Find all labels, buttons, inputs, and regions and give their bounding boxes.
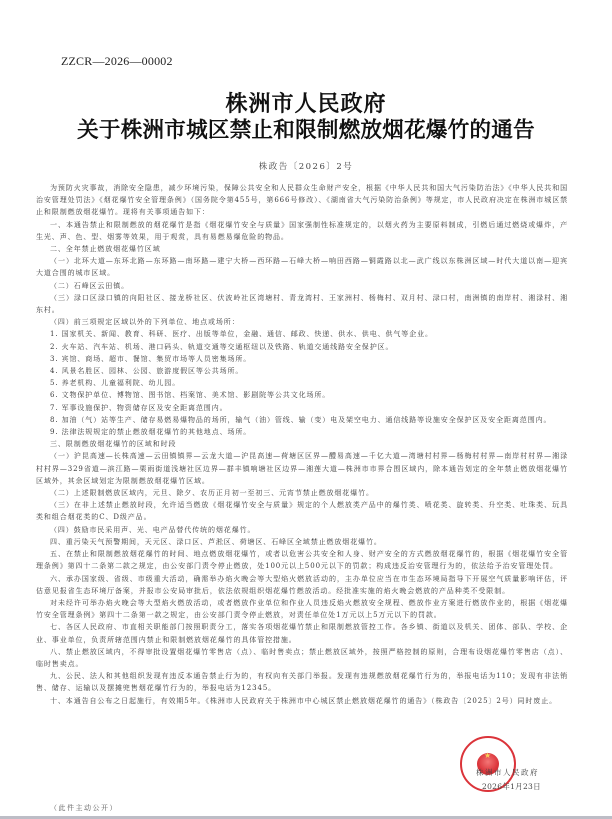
body-paragraph: 7. 军事设施保护、物资储存区及安全距离范围内。 <box>36 402 568 414</box>
title-issuer: 株洲市人民政府 <box>0 90 612 118</box>
issue-number: 株政告〔2026〕2号 <box>0 160 612 172</box>
body-paragraph: 六、承办国家级、省级、市级重大活动，确需举办焰火晚会等大型焰火燃放活动的，主办单… <box>36 573 568 597</box>
body-paragraph: 4. 风景名胜区、园林、公园、旅游度假区等公共场所。 <box>36 365 568 377</box>
body-paragraph: 9. 法律法规规定的禁止燃放烟花爆竹的其他地点、场所。 <box>36 426 568 438</box>
body-paragraph: 十、本通告自公布之日起施行，有效期5年。《株洲市人民政府关于株洲市中心城区禁止燃… <box>36 695 568 707</box>
title-subject: 关于株洲市城区禁止和限制燃放烟花爆竹的通告 <box>0 117 612 145</box>
body-paragraph: 一、本通告禁止和限制燃放的烟花爆竹是指《烟花爆竹安全与质量》国家强制性标准规定的… <box>36 219 568 243</box>
body-paragraph: 九、公民、法人和其他组织发现有违反本通告禁止行为的，有权向有关部门举报。发现有违… <box>36 670 568 694</box>
body-paragraph: 五、在禁止和限制燃放烟花爆竹的时间、地点燃放烟花爆竹，或者以危害公共安全和人身、… <box>36 548 568 572</box>
body-paragraph: （二）石峰区云田镇。 <box>36 280 568 292</box>
document-page: ZZCR—2026—00002 株洲市人民政府 关于株洲市城区禁止和限制燃放烟花… <box>0 0 612 819</box>
body-paragraph: 8. 加油（气）站等生产、储存易燃易爆物品的场所，输气（油）管线、输（变）电及架… <box>36 414 568 426</box>
body-paragraph: 3. 宾馆、商场、超市、餐馆、集贸市场等人员密集场所。 <box>36 353 568 365</box>
body-paragraph: （二）上述限制燃放区域内，元旦、除夕、农历正月初一至初三、元宵节禁止燃放烟花爆竹… <box>36 487 568 499</box>
body-paragraph: 八、禁止燃放区域内，不得审批设置烟花爆竹零售店（点）、临时售卖点；禁止燃放区域外… <box>36 646 568 670</box>
body-paragraph: 5. 养老机构、儿童福利院、幼儿园。 <box>36 377 568 389</box>
body-paragraph: 三、限制燃放烟花爆竹的区域和时段 <box>36 438 568 450</box>
signature-date: 2026年1月23日 <box>482 781 541 792</box>
document-body: 为预防火灾事故，消除安全隐患，减少环境污染，保障公共安全和人民群众生命财产安全，… <box>36 182 568 707</box>
body-paragraph: 2. 火车站、汽车站、机场、港口码头、轨道交通等交通枢纽以及铁路、轨道交通线路安… <box>36 341 568 353</box>
body-paragraph: 对未经许可举办焰火晚会等大型焰火燃放活动，或者燃放作业单位和作业人员违反焰火燃放… <box>36 597 568 621</box>
body-paragraph: 四、重污染天气预警期间，天元区、渌口区、芦淞区、荷塘区、石峰区全域禁止燃放烟花爆… <box>36 536 568 548</box>
body-paragraph: 二、全年禁止燃放烟花爆竹区域 <box>36 243 568 255</box>
body-paragraph: 七、各区人民政府、市直相关职能部门按照职责分工，落实各项烟花爆竹禁止和限制燃放管… <box>36 621 568 645</box>
body-paragraph: 1. 国家机关、新闻、教育、科研、医疗、出版等单位，金融、通信、邮政、快递、供水… <box>36 328 568 340</box>
signature-organization: 株洲市人民政府 <box>476 767 539 778</box>
body-paragraph: （一）沪昆高速—长株高速—云田镇镇界—云龙大道—沪昆高速—荷塘区区界—醴易高速—… <box>36 450 568 487</box>
body-paragraph: 6. 文物保护单位、博物馆、图书馆、档案馆、美术馆、影剧院等公共文化场所。 <box>36 389 568 401</box>
disclosure-note: （此件主动公开） <box>50 803 118 813</box>
body-paragraph: （四）前三项规定区域以外的下列单位、地点或场所： <box>36 316 568 328</box>
body-paragraph: （三）渌口区渌口镇的向阳社区、接龙桥社区、伏波岭社区湾塘村、青龙湾村、王家洲村、… <box>36 292 568 316</box>
body-paragraph: （三）在非上述禁止燃放时段，允许适当燃放《烟花爆竹安全与质量》规定的个人燃放类产… <box>36 499 568 523</box>
body-paragraph: 为预防火灾事故，消除安全隐患，减少环境污染，保障公共安全和人民群众生命财产安全，… <box>36 182 568 219</box>
body-paragraph: （一）北环大道—东环北路—东环路—南环路—建宁大桥—西环路—石峰大桥—响田西路—… <box>36 255 568 279</box>
body-paragraph: （四）鼓励市民采用声、光、电产品替代传统的烟花爆竹。 <box>36 524 568 536</box>
document-number: ZZCR—2026—00002 <box>61 54 173 69</box>
star-icon: ★ <box>484 751 491 760</box>
